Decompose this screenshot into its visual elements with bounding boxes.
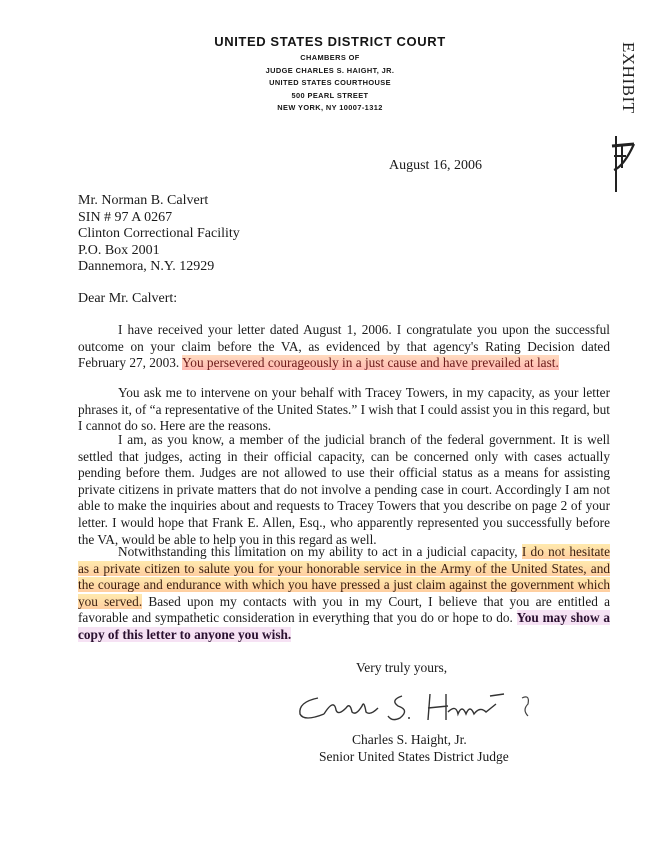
signer-name: Charles S. Haight, Jr. bbox=[352, 732, 467, 748]
closing: Very truly yours, bbox=[356, 660, 447, 676]
paragraph-3: I am, as you know, a member of the judic… bbox=[78, 432, 610, 548]
paragraph-text: Notwithstanding this limitation on my ab… bbox=[118, 544, 522, 559]
recipient-line: Clinton Correctional Facility bbox=[78, 226, 240, 243]
paragraph-2: You ask me to intervene on your behalf w… bbox=[78, 385, 610, 435]
recipient-line: Dannemora, N.Y. 12929 bbox=[78, 259, 240, 276]
letterhead: UNITED STATES DISTRICT COURT CHAMBERS OF… bbox=[0, 34, 660, 115]
letterhead-line: NEW YORK, NY 10007-1312 bbox=[0, 102, 660, 115]
signer-title: Senior United States District Judge bbox=[319, 749, 509, 765]
letterhead-line: JUDGE CHARLES S. HAIGHT, JR. bbox=[0, 65, 660, 78]
recipient-line: Mr. Norman B. Calvert bbox=[78, 193, 240, 210]
exhibit-letter-a-handwritten-icon bbox=[608, 134, 638, 194]
salutation: Dear Mr. Calvert: bbox=[78, 291, 177, 307]
recipient-line: SIN # 97 A 0267 bbox=[78, 210, 240, 227]
paragraph-4: Notwithstanding this limitation on my ab… bbox=[78, 544, 610, 644]
exhibit-label: EXHIBIT bbox=[618, 42, 638, 113]
court-name: UNITED STATES DISTRICT COURT bbox=[0, 34, 660, 49]
letter-date: August 16, 2006 bbox=[389, 158, 482, 174]
letterhead-line: UNITED STATES COURTHOUSE bbox=[0, 77, 660, 90]
exhibit-stamp: EXHIBIT bbox=[608, 42, 638, 192]
highlighted-text: You persevered courageously in a just ca… bbox=[182, 355, 559, 370]
paragraph-text: You ask me to intervene on your behalf w… bbox=[78, 385, 610, 433]
signature-icon bbox=[290, 684, 560, 730]
paragraph-1: I have received your letter dated August… bbox=[78, 322, 610, 372]
letterhead-line: 500 PEARL STREET bbox=[0, 90, 660, 103]
letterhead-line: CHAMBERS OF bbox=[0, 52, 660, 65]
recipient-line: P.O. Box 2001 bbox=[78, 243, 240, 260]
recipient-address: Mr. Norman B. Calvert SIN # 97 A 0267 Cl… bbox=[78, 193, 240, 276]
paragraph-text: I am, as you know, a member of the judic… bbox=[78, 432, 610, 547]
